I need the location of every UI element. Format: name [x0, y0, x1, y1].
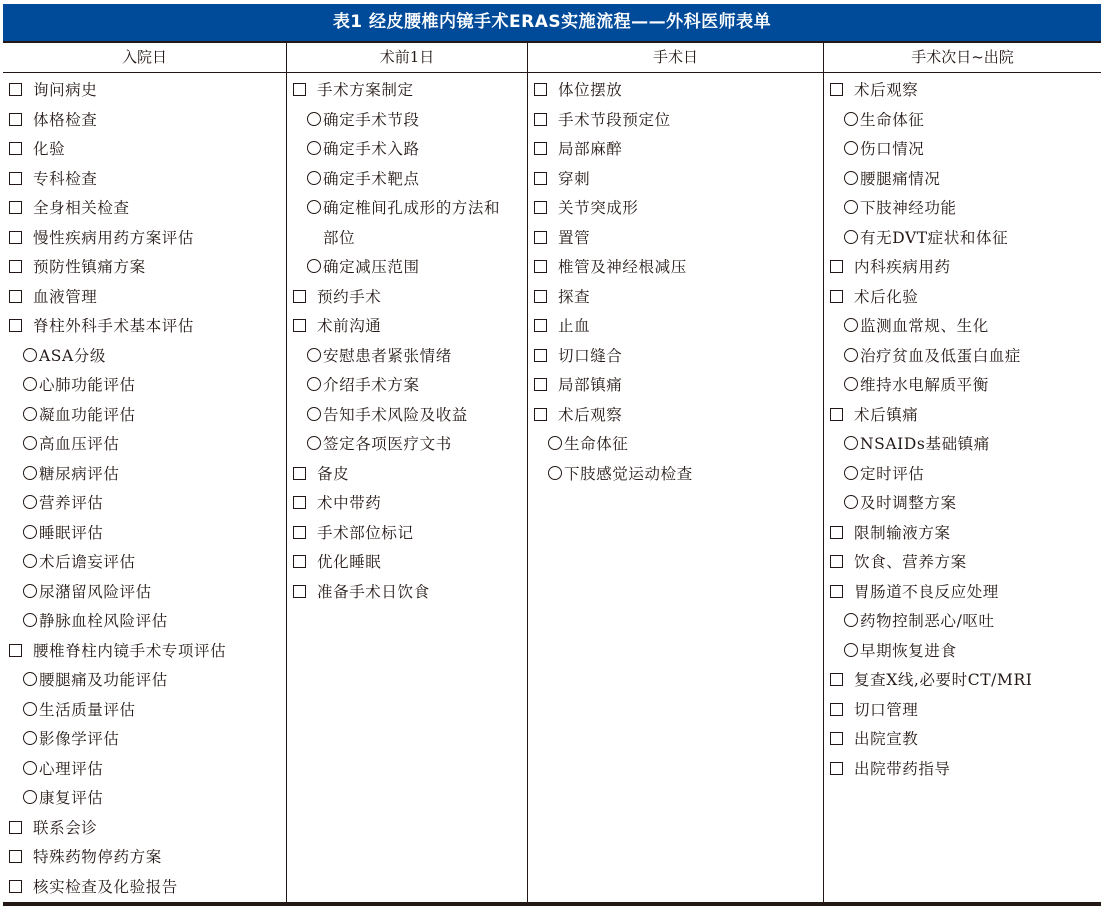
circle-bullet-icon: [23, 348, 37, 362]
checkbox-icon[interactable]: [9, 201, 22, 214]
checkbox-icon[interactable]: [534, 113, 547, 126]
checklist-item: 术后镇痛: [824, 401, 1101, 431]
checklist-subitem: 安慰患者紧张情绪: [287, 342, 527, 372]
item-label: 确定手术入路: [323, 140, 420, 158]
item-label: 维持水电解质平衡: [860, 376, 989, 394]
item-label: 心理评估: [39, 760, 103, 778]
checklist-item: 慢性疾病用药方案评估: [3, 224, 286, 254]
item-label: 特殊药物停药方案: [33, 848, 162, 866]
checklist-item: 出院带药指导: [824, 755, 1101, 785]
checklist-subitem: 腰腿痛情况: [824, 165, 1101, 195]
circle-bullet-icon: [23, 554, 37, 568]
checkbox-icon[interactable]: [534, 260, 547, 273]
checklist-item: 术后化验: [824, 283, 1101, 313]
item-label: 切口缝合: [558, 347, 622, 365]
checklist-subitem: 及时调整方案: [824, 489, 1101, 519]
checklist-item: 止血: [528, 312, 823, 342]
circle-bullet-icon: [23, 672, 37, 686]
item-label: 下肢感觉运动检查: [564, 465, 693, 483]
checklist-subitem: 介绍手术方案: [287, 371, 527, 401]
item-label: 凝血功能评估: [39, 406, 136, 424]
item-label: 签定各项医疗文书: [323, 435, 452, 453]
item-label: 体位摆放: [558, 81, 622, 99]
table-title: 表1 经皮腰椎内镜手术ERAS实施流程——外科医师表单: [3, 4, 1101, 43]
item-label: 生活质量评估: [39, 701, 136, 719]
circle-bullet-icon: [844, 348, 858, 362]
item-label: 术后镇痛: [854, 406, 918, 424]
item-label: 优化睡眠: [317, 553, 381, 571]
circle-bullet-icon: [23, 436, 37, 450]
checklist-subitem: 确定手术靶点: [287, 165, 527, 195]
circle-bullet-icon: [548, 466, 562, 480]
circle-bullet-icon: [307, 171, 321, 185]
checklist-item: 准备手术日饮食: [287, 578, 527, 608]
checkbox-icon[interactable]: [830, 290, 843, 303]
checklist-subitem: 监测血常规、生化: [824, 312, 1101, 342]
circle-bullet-icon: [23, 377, 37, 391]
circle-bullet-icon: [307, 348, 321, 362]
checkbox-icon[interactable]: [534, 290, 547, 303]
item-label: 伤口情况: [860, 140, 924, 158]
checkbox-icon[interactable]: [9, 644, 22, 657]
checkbox-icon[interactable]: [830, 673, 843, 686]
item-label: 生命体征: [564, 435, 628, 453]
item-label: 手术方案制定: [317, 81, 414, 99]
item-label: 出院带药指导: [854, 760, 951, 778]
checkbox-icon[interactable]: [534, 378, 547, 391]
checklist-item: 切口缝合: [528, 342, 823, 372]
checklist-item: 穿刺: [528, 165, 823, 195]
item-label: 静脉血栓风险评估: [39, 612, 168, 630]
item-label: 告知手术风险及收益: [323, 406, 468, 424]
circle-bullet-icon: [844, 230, 858, 244]
item-label: 饮食、营养方案: [854, 553, 967, 571]
circle-bullet-icon: [307, 436, 321, 450]
item-label: 手术部位标记: [317, 524, 414, 542]
item-label: 下肢神经功能: [860, 199, 957, 217]
circle-bullet-icon: [844, 112, 858, 126]
item-label: 止血: [558, 317, 590, 335]
item-label: 体格检查: [33, 111, 97, 129]
item-label: 准备手术日饮食: [317, 583, 430, 601]
checklist-item: 预防性镇痛方案: [3, 253, 286, 283]
checklist-subitem: 部位: [287, 224, 527, 254]
checklist-item: 手术方案制定: [287, 76, 527, 106]
item-label: 介绍手术方案: [323, 376, 420, 394]
item-label: 确定手术节段: [323, 111, 420, 129]
checkbox-icon[interactable]: [293, 585, 306, 598]
item-label: 腰腿痛及功能评估: [39, 671, 168, 689]
item-label: 术后观察: [558, 406, 622, 424]
item-label: 确定减压范围: [323, 258, 420, 276]
checkbox-icon[interactable]: [293, 467, 306, 480]
header-post-op-to-discharge: 手术次日~出院: [824, 43, 1101, 72]
checklist-subitem: 治疗贫血及低蛋白血症: [824, 342, 1101, 372]
checklist-subitem: 心肺功能评估: [3, 371, 286, 401]
checklist-item: 预约手术: [287, 283, 527, 313]
item-label: 备皮: [317, 465, 349, 483]
checkbox-icon[interactable]: [534, 319, 547, 332]
checklist-item: 手术节段预定位: [528, 106, 823, 136]
circle-bullet-icon: [307, 112, 321, 126]
checklist-item: 置管: [528, 224, 823, 254]
checkbox-icon[interactable]: [9, 850, 22, 863]
checklist-item: 术前沟通: [287, 312, 527, 342]
checkbox-icon[interactable]: [293, 496, 306, 509]
item-label: 置管: [558, 229, 590, 247]
checkbox-icon[interactable]: [293, 526, 306, 539]
checklist-item: 专科检查: [3, 165, 286, 195]
checklist-subitem: 签定各项医疗文书: [287, 430, 527, 460]
item-label: 化验: [33, 140, 65, 158]
checkbox-icon[interactable]: [9, 290, 22, 303]
circle-bullet-icon: [844, 200, 858, 214]
checklist-subitem: 药物控制恶心/呕吐: [824, 607, 1101, 637]
checkbox-icon[interactable]: [9, 83, 22, 96]
item-label: 椎管及神经根减压: [558, 258, 687, 276]
checklist-subitem: 定时评估: [824, 460, 1101, 490]
checklist-item: 血液管理: [3, 283, 286, 313]
circle-bullet-icon: [307, 377, 321, 391]
checklist-item: 优化睡眠: [287, 548, 527, 578]
item-label: 腰腿痛情况: [860, 170, 941, 188]
body-row: 询问病史体格检查化验专科检查全身相关检查慢性疾病用药方案评估预防性镇痛方案血液管…: [3, 73, 1101, 906]
circle-bullet-icon: [307, 259, 321, 273]
checkbox-icon[interactable]: [534, 83, 547, 96]
item-label: 局部麻醉: [558, 140, 622, 158]
header-row: 入院日 术前1日 手术日 手术次日~出院: [3, 43, 1101, 73]
checkbox-icon[interactable]: [9, 260, 22, 273]
column-admission-day: 询问病史体格检查化验专科检查全身相关检查慢性疾病用药方案评估预防性镇痛方案血液管…: [3, 73, 287, 902]
checklist-item: 腰椎脊柱内镜手术专项评估: [3, 637, 286, 667]
item-label: 慢性疾病用药方案评估: [33, 229, 194, 247]
checklist-subitem: 伤口情况: [824, 135, 1101, 165]
circle-bullet-icon: [844, 141, 858, 155]
circle-bullet-icon: [23, 731, 37, 745]
circle-bullet-icon: [844, 436, 858, 450]
checklist-subitem: 生命体征: [528, 430, 823, 460]
item-label: 预约手术: [317, 288, 381, 306]
item-label: 手术节段预定位: [558, 111, 671, 129]
checkbox-icon[interactable]: [830, 703, 843, 716]
checklist-item: 胃肠道不良反应处理: [824, 578, 1101, 608]
checklist-item: 体位摆放: [528, 76, 823, 106]
item-label: 联系会诊: [33, 819, 97, 837]
checklist-item: 术后观察: [528, 401, 823, 431]
checklist-subitem: 告知手术风险及收益: [287, 401, 527, 431]
checklist-subitem: 早期恢复进食: [824, 637, 1101, 667]
item-label: 睡眠评估: [39, 524, 103, 542]
checkbox-icon[interactable]: [9, 821, 22, 834]
column-pre-op-day: 手术方案制定确定手术节段确定手术入路确定手术靶点确定椎间孔成形的方法和部位确定减…: [287, 73, 528, 902]
header-surgery-day: 手术日: [528, 43, 824, 72]
item-label: 预防性镇痛方案: [33, 258, 146, 276]
checklist-subitem: 确定手术节段: [287, 106, 527, 136]
item-label: 专科检查: [33, 170, 97, 188]
circle-bullet-icon: [23, 761, 37, 775]
checklist-subitem: 糖尿病评估: [3, 460, 286, 490]
circle-bullet-icon: [23, 790, 37, 804]
item-label: 早期恢复进食: [860, 642, 957, 660]
column-post-op-to-discharge: 术后观察生命体征伤口情况腰腿痛情况下肢神经功能有无DVT症状和体征内科疾病用药术…: [824, 73, 1101, 902]
checkbox-icon[interactable]: [9, 172, 22, 185]
item-label: 尿潴留风险评估: [39, 583, 152, 601]
circle-bullet-icon: [307, 200, 321, 214]
checklist-item: 术中带药: [287, 489, 527, 519]
circle-bullet-icon: [23, 613, 37, 627]
item-label: 核实检查及化验报告: [33, 878, 178, 896]
checkbox-icon[interactable]: [9, 113, 22, 126]
checklist-item: 探查: [528, 283, 823, 313]
checkbox-icon[interactable]: [830, 83, 843, 96]
checklist-item: 手术部位标记: [287, 519, 527, 549]
checkbox-icon[interactable]: [830, 555, 843, 568]
item-label: 术后谵妄评估: [39, 553, 136, 571]
checklist-item: 化验: [3, 135, 286, 165]
checklist-subitem: 康复评估: [3, 784, 286, 814]
item-label: 安慰患者紧张情绪: [323, 347, 452, 365]
circle-bullet-icon: [844, 495, 858, 509]
item-label: 营养评估: [39, 494, 103, 512]
circle-bullet-icon: [23, 495, 37, 509]
item-label: 监测血常规、生化: [860, 317, 989, 335]
item-label: 药物控制恶心/呕吐: [860, 612, 995, 630]
checklist-subitem: 术后谵妄评估: [3, 548, 286, 578]
item-label: 影像学评估: [39, 730, 120, 748]
checkbox-icon[interactable]: [9, 231, 22, 244]
item-label: 术前沟通: [317, 317, 381, 335]
checklist-subitem: 腰腿痛及功能评估: [3, 666, 286, 696]
column-surgery-day: 体位摆放手术节段预定位局部麻醉穿刺关节突成形置管椎管及神经根减压探查止血切口缝合…: [528, 73, 824, 902]
circle-bullet-icon: [23, 466, 37, 480]
checkbox-icon[interactable]: [534, 201, 547, 214]
item-label: 关节突成形: [558, 199, 639, 217]
circle-bullet-icon: [844, 377, 858, 391]
item-label: 术后化验: [854, 288, 918, 306]
circle-bullet-icon: [23, 702, 37, 716]
checklist-item: 备皮: [287, 460, 527, 490]
item-label: 复查X线,必要时CT/MRI: [854, 671, 1032, 689]
checkbox-icon[interactable]: [9, 319, 22, 332]
checkbox-icon[interactable]: [293, 319, 306, 332]
item-label: 出院宣教: [854, 730, 918, 748]
checklist-item: 限制输液方案: [824, 519, 1101, 549]
checkbox-icon[interactable]: [534, 408, 547, 421]
checklist-item: 局部麻醉: [528, 135, 823, 165]
item-label: 局部镇痛: [558, 376, 622, 394]
checklist-item: 局部镇痛: [528, 371, 823, 401]
item-label: 询问病史: [33, 81, 97, 99]
item-label: 脊柱外科手术基本评估: [33, 317, 194, 335]
circle-bullet-icon: [23, 584, 37, 598]
item-label: 心肺功能评估: [39, 376, 136, 394]
checkbox-icon[interactable]: [9, 880, 22, 893]
circle-bullet-icon: [844, 643, 858, 657]
checkbox-icon[interactable]: [293, 555, 306, 568]
checklist-subitem: 确定减压范围: [287, 253, 527, 283]
checklist-item: 复查X线,必要时CT/MRI: [824, 666, 1101, 696]
item-label: 确定椎间孔成形的方法和: [323, 199, 500, 217]
circle-bullet-icon: [307, 141, 321, 155]
checklist-subitem: 影像学评估: [3, 725, 286, 755]
checklist-subitem: 确定椎间孔成形的方法和: [287, 194, 527, 224]
checkbox-icon[interactable]: [534, 349, 547, 362]
circle-bullet-icon: [844, 318, 858, 332]
checklist-item: 饮食、营养方案: [824, 548, 1101, 578]
checklist-item: 询问病史: [3, 76, 286, 106]
checkbox-icon[interactable]: [830, 526, 843, 539]
item-label: 糖尿病评估: [39, 465, 120, 483]
checklist-subitem: NSAIDs基础镇痛: [824, 430, 1101, 460]
checklist-item: 核实检查及化验报告: [3, 873, 286, 903]
checklist-item: 内科疾病用药: [824, 253, 1101, 283]
item-label: 高血压评估: [39, 435, 120, 453]
checkbox-icon[interactable]: [830, 585, 843, 598]
item-label: 血液管理: [33, 288, 97, 306]
checkbox-icon[interactable]: [9, 142, 22, 155]
item-label: 胃肠道不良反应处理: [854, 583, 999, 601]
item-label: 部位: [323, 229, 355, 247]
checklist-subitem: 尿潴留风险评估: [3, 578, 286, 608]
item-label: 腰椎脊柱内镜手术专项评估: [33, 642, 226, 660]
checklist-item: 椎管及神经根减压: [528, 253, 823, 283]
item-label: 及时调整方案: [860, 494, 957, 512]
checklist-subitem: 维持水电解质平衡: [824, 371, 1101, 401]
checklist-subitem: 有无DVT症状和体征: [824, 224, 1101, 254]
circle-bullet-icon: [844, 171, 858, 185]
item-label: 治疗贫血及低蛋白血症: [860, 347, 1021, 365]
item-label: 确定手术靶点: [323, 170, 420, 188]
checklist-subitem: 心理评估: [3, 755, 286, 785]
checklist-subitem: 下肢感觉运动检查: [528, 460, 823, 490]
header-admission-day: 入院日: [3, 43, 287, 72]
circle-bullet-icon: [548, 436, 562, 450]
checklist-item: 特殊药物停药方案: [3, 843, 286, 873]
checklist-subitem: 静脉血栓风险评估: [3, 607, 286, 637]
checklist-subitem: 营养评估: [3, 489, 286, 519]
item-label: 有无DVT症状和体征: [860, 229, 1008, 247]
checklist-item: 联系会诊: [3, 814, 286, 844]
checklist-item: 关节突成形: [528, 194, 823, 224]
checklist-item: 术后观察: [824, 76, 1101, 106]
checklist-item: 全身相关检查: [3, 194, 286, 224]
checklist-subitem: 高血压评估: [3, 430, 286, 460]
circle-bullet-icon: [23, 525, 37, 539]
checklist-subitem: 睡眠评估: [3, 519, 286, 549]
item-label: 康复评估: [39, 789, 103, 807]
item-label: ASA分级: [39, 347, 106, 365]
checkbox-icon[interactable]: [293, 290, 306, 303]
circle-bullet-icon: [23, 407, 37, 421]
checklist-subitem: 下肢神经功能: [824, 194, 1101, 224]
checklist-item: 出院宣教: [824, 725, 1101, 755]
checklist-subitem: 确定手术入路: [287, 135, 527, 165]
checkbox-icon[interactable]: [830, 260, 843, 273]
checklist-subitem: 生活质量评估: [3, 696, 286, 726]
checkbox-icon[interactable]: [830, 732, 843, 745]
checkbox-icon[interactable]: [534, 231, 547, 244]
item-label: 定时评估: [860, 465, 924, 483]
checkbox-icon[interactable]: [830, 762, 843, 775]
checklist-item: 切口管理: [824, 696, 1101, 726]
checkbox-icon[interactable]: [534, 172, 547, 185]
checkbox-icon[interactable]: [534, 142, 547, 155]
item-label: 探查: [558, 288, 590, 306]
checkbox-icon[interactable]: [830, 408, 843, 421]
checklist-subitem: 生命体征: [824, 106, 1101, 136]
item-label: 术后观察: [854, 81, 918, 99]
circle-bullet-icon: [844, 613, 858, 627]
item-label: 生命体征: [860, 111, 924, 129]
circle-bullet-icon: [844, 466, 858, 480]
item-label: 穿刺: [558, 170, 590, 188]
item-label: 全身相关检查: [33, 199, 130, 217]
header-pre-op-day: 术前1日: [287, 43, 528, 72]
checklist-item: 脊柱外科手术基本评估: [3, 312, 286, 342]
item-label: 切口管理: [854, 701, 918, 719]
eras-table: 表1 经皮腰椎内镜手术ERAS实施流程——外科医师表单 入院日 术前1日 手术日…: [3, 4, 1101, 906]
checklist-subitem: ASA分级: [3, 342, 286, 372]
checkbox-icon[interactable]: [293, 83, 306, 96]
checklist-subitem: 凝血功能评估: [3, 401, 286, 431]
item-label: 内科疾病用药: [854, 258, 951, 276]
item-label: NSAIDs基础镇痛: [860, 435, 990, 453]
circle-bullet-icon: [307, 407, 321, 421]
item-label: 限制输液方案: [854, 524, 951, 542]
checklist-item: 体格检查: [3, 106, 286, 136]
item-label: 术中带药: [317, 494, 381, 512]
